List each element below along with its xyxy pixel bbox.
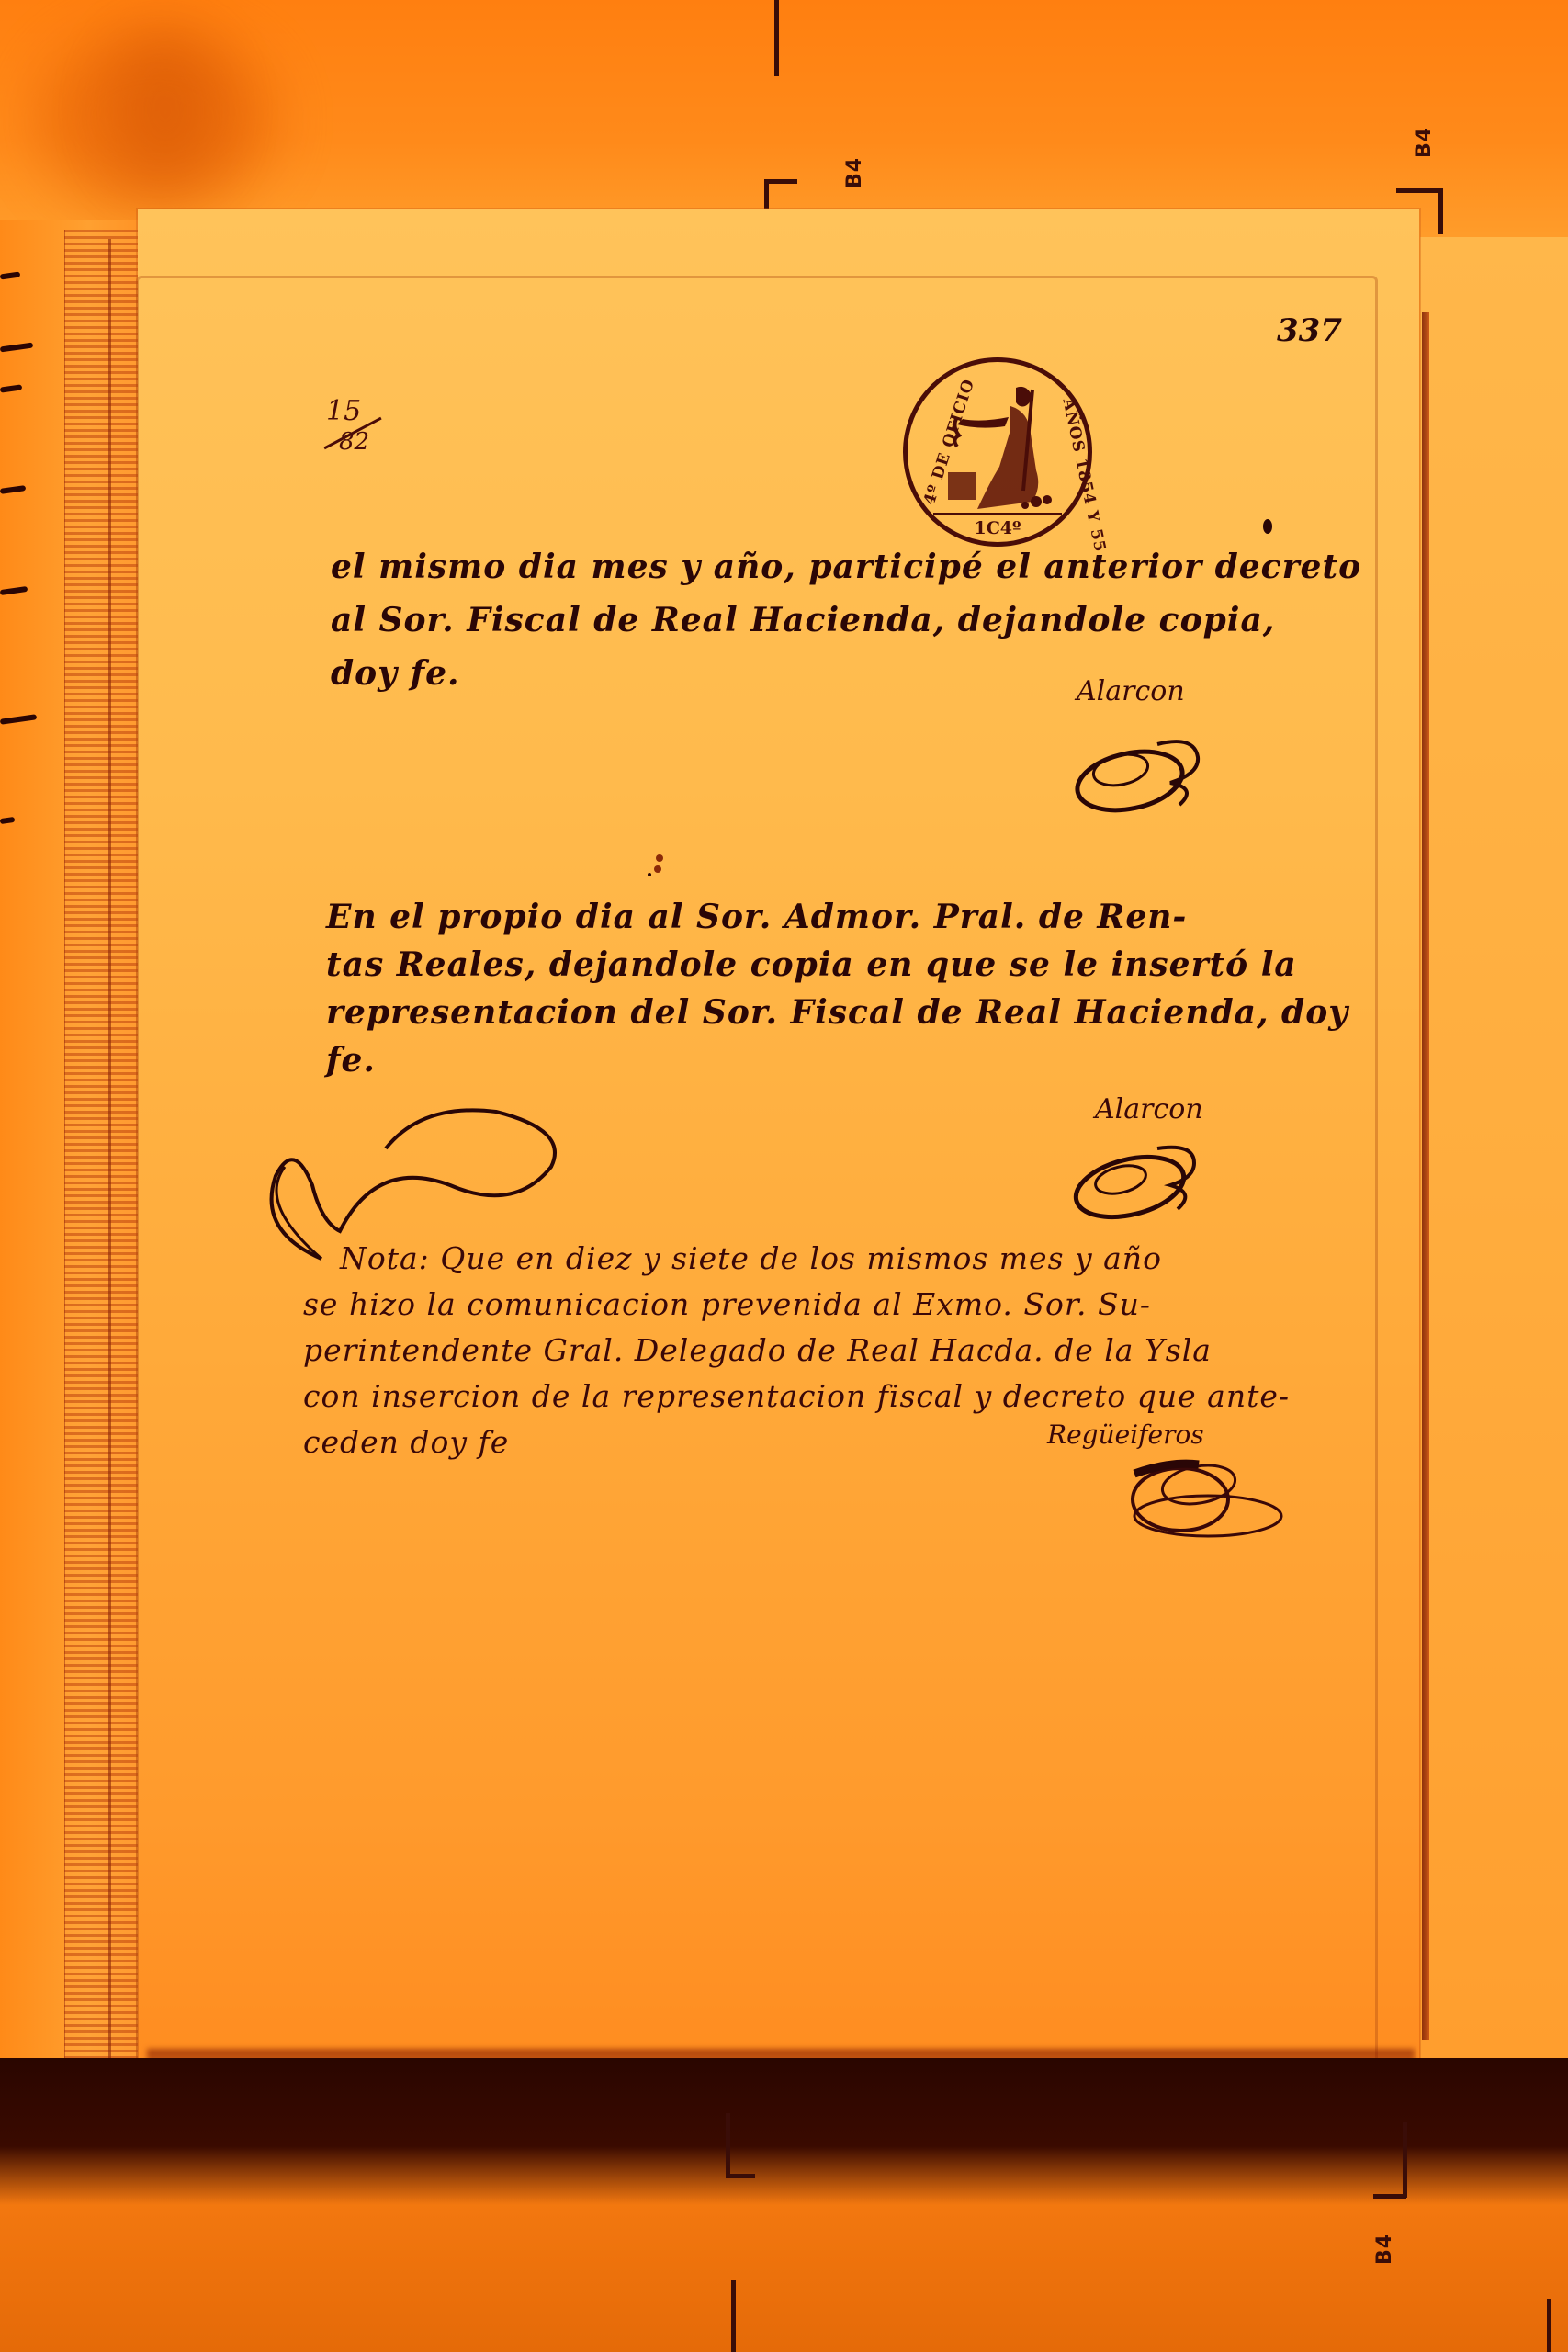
entry-1-text: el mismo dia mes y año, participé el ant…: [331, 540, 1361, 700]
margin-annotation: 15 82: [317, 395, 390, 469]
crop-mark-corner: [1396, 188, 1442, 193]
nota-line: se hizo la comunicacion prevenida al Exm…: [303, 1282, 1290, 1328]
crop-mark-line: [774, 0, 779, 76]
ink-stroke: [0, 586, 28, 595]
crop-mark-label: B4: [1413, 127, 1436, 158]
crop-mark-label: B4: [1373, 2233, 1396, 2265]
entry-2-line: tas Reales, dejandole copia en que se le…: [326, 941, 1348, 989]
crop-mark-corner: [764, 179, 797, 184]
stamp-seal: 4º DE OFICIO AÑOS 1854 Y 55 1C4º: [903, 357, 1092, 547]
crop-mark-corner: [1438, 188, 1443, 234]
signature-rubric-icon: [1056, 1130, 1231, 1231]
ink-stroke: [0, 714, 37, 725]
crop-mark-line: [1547, 2299, 1551, 2352]
ink-dot: [1263, 519, 1272, 534]
nota-line: con insercion de la representacion fisca…: [303, 1374, 1290, 1419]
crop-mark-corner: [1373, 2194, 1406, 2199]
ink-stroke: [0, 343, 33, 353]
adjacent-sheet: [1420, 237, 1568, 2122]
margin-annotation-denominator: 82: [339, 428, 369, 456]
entry-1-line: doy fe.: [331, 647, 1361, 700]
entry-2-line: fe.: [326, 1036, 1348, 1084]
signature-name: Alarcon: [1077, 675, 1185, 707]
margin-annotation-numerator: 15: [326, 395, 361, 427]
stamp-value: 1C4º: [908, 518, 1088, 538]
ink-stroke: [0, 384, 22, 392]
stamp-baseline: [933, 513, 1062, 514]
page-edge-shadow: [1422, 312, 1429, 2040]
entry-1-line: el mismo dia mes y año, participé el ant…: [331, 540, 1361, 594]
entry-2-line: En el propio dia al Sor. Admor. Pral. de…: [326, 893, 1348, 941]
folio-number: 337: [1277, 312, 1342, 349]
signature-rubric-icon: [1066, 717, 1231, 818]
entry-1-line: al Sor. Fiscal de Real Hacienda, dejando…: [331, 594, 1361, 647]
crop-mark-corner: [726, 2174, 755, 2178]
ink-dots: [643, 845, 680, 882]
bottom-shadow: [0, 2058, 1568, 2205]
book-gutter: [108, 239, 111, 2058]
signature-rubric-icon: [1107, 1442, 1291, 1562]
ink-stroke: [0, 485, 26, 494]
ink-stroke: [0, 271, 20, 279]
crop-mark-corner: [726, 2113, 730, 2177]
nota-line: Nota: Que en diez y siete de los mismos …: [303, 1236, 1290, 1282]
crop-mark-corner: [1403, 2122, 1407, 2198]
nota-line: perintendente Gral. Delegado de Real Hac…: [303, 1328, 1290, 1374]
entry-2-text: En el propio dia al Sor. Admor. Pral. de…: [326, 893, 1348, 1084]
background-stain: [110, 37, 220, 184]
signature-name: Alarcon: [1095, 1093, 1203, 1125]
crop-mark-label: B4: [843, 157, 866, 188]
ink-stroke: [0, 817, 15, 824]
crop-mark-line: [731, 2280, 736, 2352]
entry-2-line: representacion del Sor. Fiscal de Real H…: [326, 989, 1348, 1036]
